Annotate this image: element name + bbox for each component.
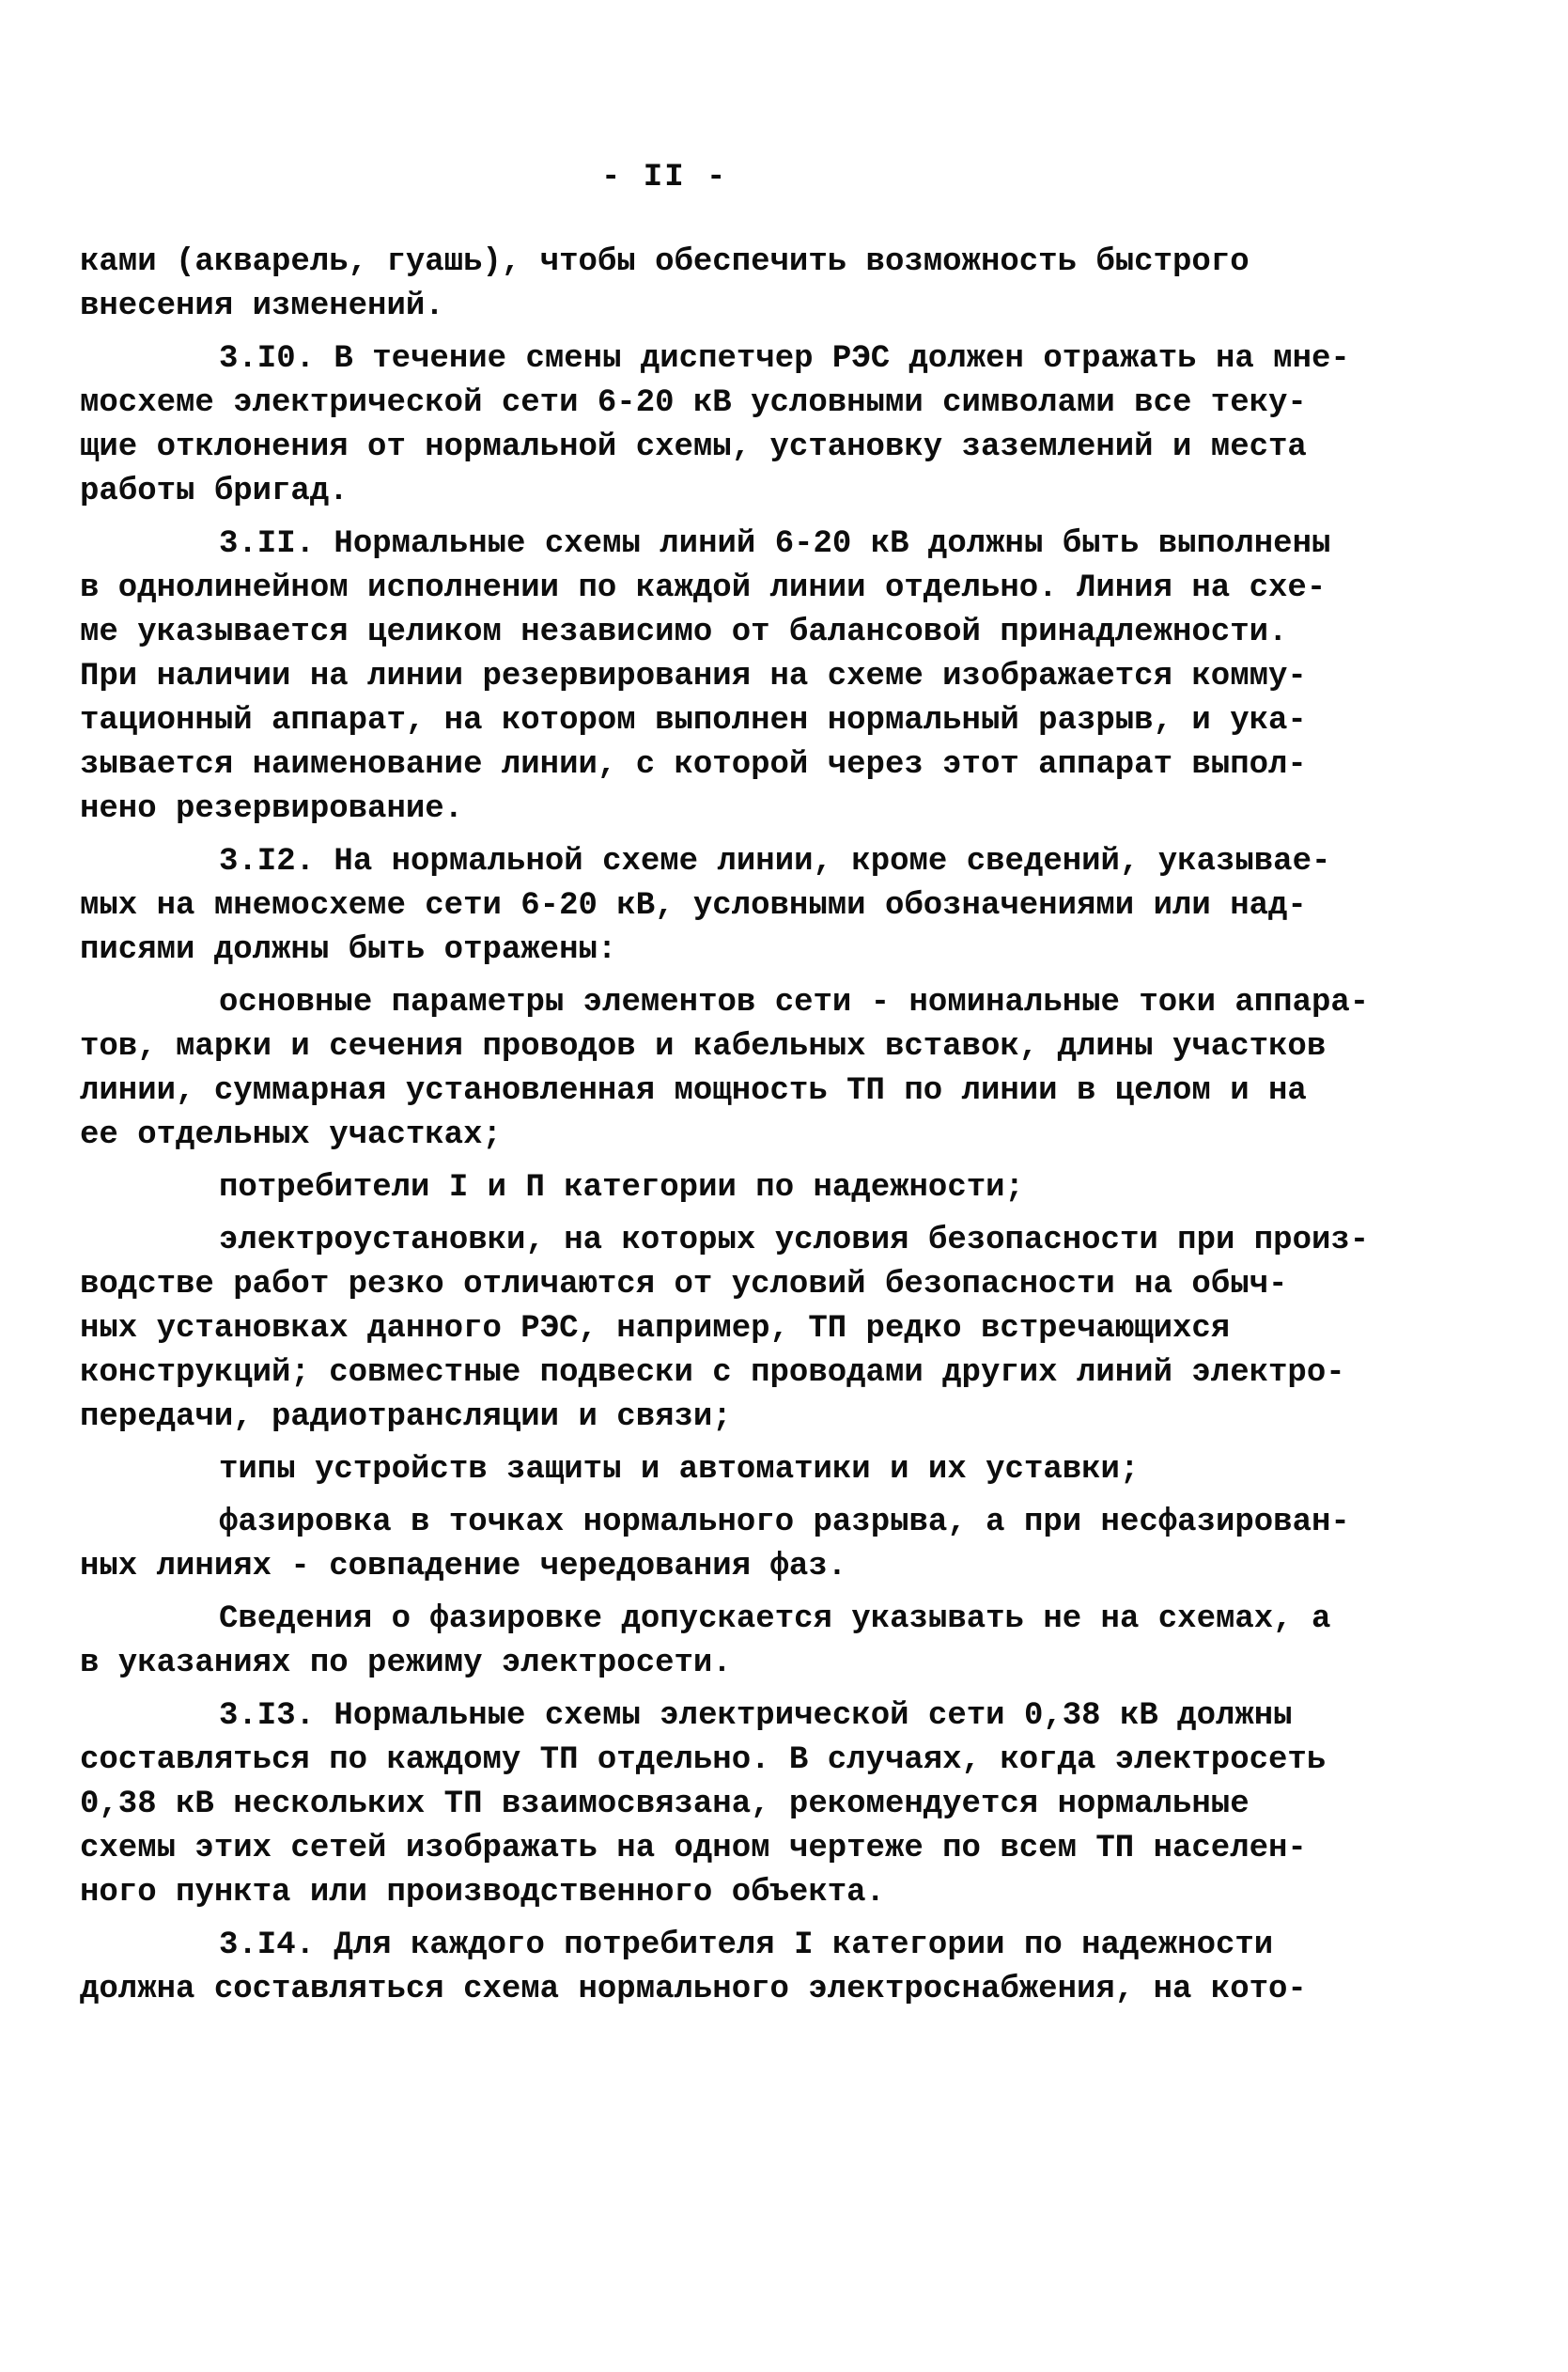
paragraph: электроустановки, на которых условия без…	[80, 1219, 1414, 1440]
text-line: тационный аппарат, на котором выполнен н…	[80, 699, 1414, 743]
paragraph: 3.I0. В течение смены диспетчер РЭС долж…	[80, 337, 1414, 514]
text-line: щие отклонения от нормальной схемы, уста…	[80, 426, 1414, 470]
text-line: ных установках данного РЭС, например, ТП…	[80, 1307, 1414, 1351]
text-line: 3.I3. Нормальные схемы электрической сет…	[80, 1694, 1414, 1739]
text-line: электроустановки, на которых условия без…	[80, 1219, 1414, 1263]
paragraph: 3.II. Нормальные схемы линий 6-20 кВ дол…	[80, 523, 1414, 832]
paragraph: типы устройств защиты и автоматики и их …	[80, 1448, 1414, 1492]
paragraph: Сведения о фазировке допускается указыва…	[80, 1598, 1414, 1686]
text-line: 0,38 кВ нескольких ТП взаимосвязана, рек…	[80, 1783, 1414, 1827]
text-line: тов, марки и сечения проводов и кабельны…	[80, 1025, 1414, 1069]
paragraph: фазировка в точках нормального разрыва, …	[80, 1501, 1414, 1589]
text-line: внесения изменений.	[80, 285, 1414, 329]
text-line: должна составляться схема нормального эл…	[80, 1968, 1414, 2012]
text-line: ками (акварель, гуашь), чтобы обеспечить…	[80, 241, 1414, 285]
paragraph: 3.I3. Нормальные схемы электрической сет…	[80, 1694, 1414, 1915]
text-line: ных линиях - совпадение чередования фаз.	[80, 1545, 1414, 1589]
text-line: в однолинейном исполнении по каждой лини…	[80, 567, 1414, 611]
text-line: ного пункта или производственного объект…	[80, 1871, 1414, 1915]
text-line: фазировка в точках нормального разрыва, …	[80, 1501, 1414, 1545]
text-line: основные параметры элементов сети - номи…	[80, 981, 1414, 1025]
text-line: 3.I0. В течение смены диспетчер РЭС долж…	[80, 337, 1414, 382]
paragraph: 3.I2. На нормальной схеме линии, кроме с…	[80, 840, 1414, 973]
text-line: составляться по каждому ТП отдельно. В с…	[80, 1739, 1414, 1783]
page-number: - II -	[601, 160, 727, 195]
paragraph: 3.I4. Для каждого потребителя I категори…	[80, 1924, 1414, 2012]
text-line: передачи, радиотрансляции и связи;	[80, 1396, 1414, 1440]
text-line: При наличии на линии резервирования на с…	[80, 655, 1414, 699]
text-line: 3.I2. На нормальной схеме линии, кроме с…	[80, 840, 1414, 884]
paragraph: ками (акварель, гуашь), чтобы обеспечить…	[80, 241, 1414, 329]
text-line: схемы этих сетей изображать на одном чер…	[80, 1827, 1414, 1871]
paragraph: основные параметры элементов сети - номи…	[80, 981, 1414, 1158]
document-content: ками (акварель, гуашь), чтобы обеспечить…	[80, 241, 1414, 2021]
text-line: мосхеме электрической сети 6-20 кВ услов…	[80, 382, 1414, 426]
text-line: нено резервирование.	[80, 788, 1414, 832]
text-line: Сведения о фазировке допускается указыва…	[80, 1598, 1414, 1642]
text-line: конструкций; совместные подвески с прово…	[80, 1351, 1414, 1396]
scanned-document-page: - II - ками (акварель, гуашь), чтобы обе…	[0, 0, 1568, 2372]
text-line: водстве работ резко отличаются от услови…	[80, 1263, 1414, 1307]
text-line: потребители I и П категории по надежност…	[80, 1166, 1414, 1210]
text-line: мых на мнемосхеме сети 6-20 кВ, условным…	[80, 884, 1414, 929]
paragraph: потребители I и П категории по надежност…	[80, 1166, 1414, 1210]
text-line: работы бригад.	[80, 470, 1414, 514]
text-line: писями должны быть отражены:	[80, 929, 1414, 973]
text-line: ме указывается целиком независимо от бал…	[80, 611, 1414, 655]
text-line: в указаниях по режиму электросети.	[80, 1642, 1414, 1686]
text-line: 3.I4. Для каждого потребителя I категори…	[80, 1924, 1414, 1968]
text-line: 3.II. Нормальные схемы линий 6-20 кВ дол…	[80, 523, 1414, 567]
text-line: линии, суммарная установленная мощность …	[80, 1069, 1414, 1114]
text-line: ее отдельных участках;	[80, 1114, 1414, 1158]
text-line: зывается наименование линии, с которой ч…	[80, 743, 1414, 788]
text-line: типы устройств защиты и автоматики и их …	[80, 1448, 1414, 1492]
